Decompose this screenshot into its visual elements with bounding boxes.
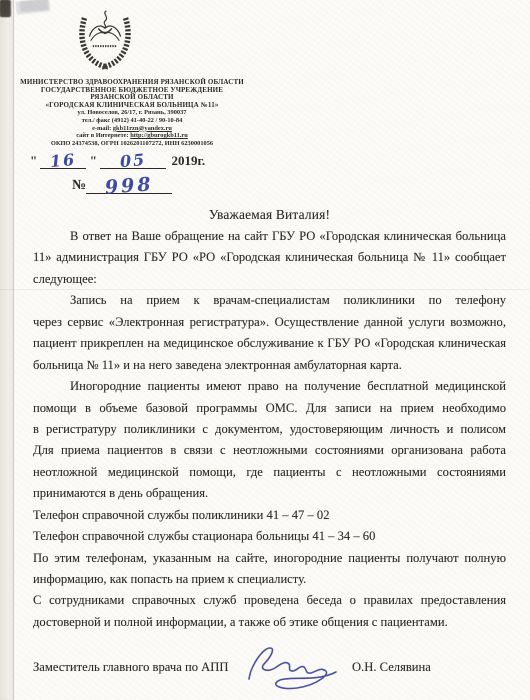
handwritten-month: 05 [119,150,147,171]
day-blank: 16 [40,152,86,169]
body-line: По этим телефонам, указанным на сайте, и… [33,548,506,569]
date-field: " 16 " 05 2019г. [30,152,205,169]
scan-smudge [20,0,49,12]
body-line: В ответ на Ваше обращение на сайт ГБУ РО… [33,226,506,247]
org-email-line: e-mail: gkb11rzn@yandex.ru [8,125,256,133]
handwritten-signature [241,641,343,697]
org-site-line: сайт в Интернете: http://gburogkb11.ru [8,132,256,140]
handwritten-number: 998 [104,173,154,198]
number-field: №998 [72,177,172,194]
scan-smudge [2,0,8,9]
body-line: пациент прикреплен на медицинское обслуж… [33,333,506,354]
quote-open: " [30,153,37,168]
org-name: «ГОРОДСКАЯ КЛИНИЧЕСКАЯ БОЛЬНИЦА №11» [8,102,256,110]
email-address: gkb11rzn@yandex.ru [113,125,172,132]
quote-close: " [90,153,97,168]
body-line: в регистратуру поликлиники с документом,… [33,419,506,440]
org-requisites: ОКПО 24374538, ОГРН 1026201107272, ИНН 6… [8,140,256,148]
hospital-wreath-emblem-icon [71,4,139,72]
month-blank: 05 [100,152,166,169]
org-phone: тел./ факс (4912) 41-40-22 / 90-10-84 [8,117,256,125]
body-line: следующее: [33,269,506,290]
number-blank: 998 [86,177,172,194]
scanned-letter-page: МИНИСТЕРСТВО ЗДРАВООХРАНЕНИЯ РЯЗАНСКОЙ О… [0,0,530,700]
body-line: Запись на прием к врачам-специалистам по… [33,290,506,311]
body-line: Для приема пациентов в связи с неотложны… [33,440,506,461]
site-url: http://gburogkb11.ru [130,132,188,139]
salutation: Уважаемая Виталия! [33,203,506,226]
number-sign: № [72,178,86,193]
signer-position: Заместитель главного врача по АПП [33,660,228,675]
phone-info-line: Телефон справочной службы поликлиники 41… [33,505,506,526]
letterhead: МИНИСТЕРСТВО ЗДРАВООХРАНЕНИЯ РЯЗАНСКОЙ О… [8,79,256,147]
body-line: С сотрудниками справочных служб проведен… [33,590,506,611]
body-line: Иногородние пациенты имеют право на полу… [33,376,506,397]
signer-name: О.Н. Селявина [352,660,431,675]
email-label: e-mail: [92,125,111,132]
phone-info-line: Телефон справочной службы стационара бол… [33,526,506,547]
site-label: сайт в Интернете: [76,132,128,139]
body-line: достоверной и полной информации, а также… [33,612,506,633]
year-label: 2019г. [171,153,205,168]
body-line: принимаются в день обращения. [33,483,506,504]
body-line: больница № 11» и на него заведена электр… [33,355,506,376]
letter-body: Уважаемая Виталия! В ответ на Ваше обращ… [33,203,506,633]
body-line: через сервис «Электронная регистратура».… [33,312,506,333]
body-line: помощи в объеме базовой программы ОМС. Д… [33,398,506,419]
body-line: неотложной медицинской помощи, где пацие… [33,462,506,483]
body-line: 11» администрация ГБУ РО «РО «Городская … [33,247,506,268]
org-address: ул. Новоселов, 26/17, г. Рязань, 390037 [8,109,256,117]
body-line: информацию, как попасть на прием к специ… [33,569,506,590]
handwritten-day: 16 [49,150,77,171]
